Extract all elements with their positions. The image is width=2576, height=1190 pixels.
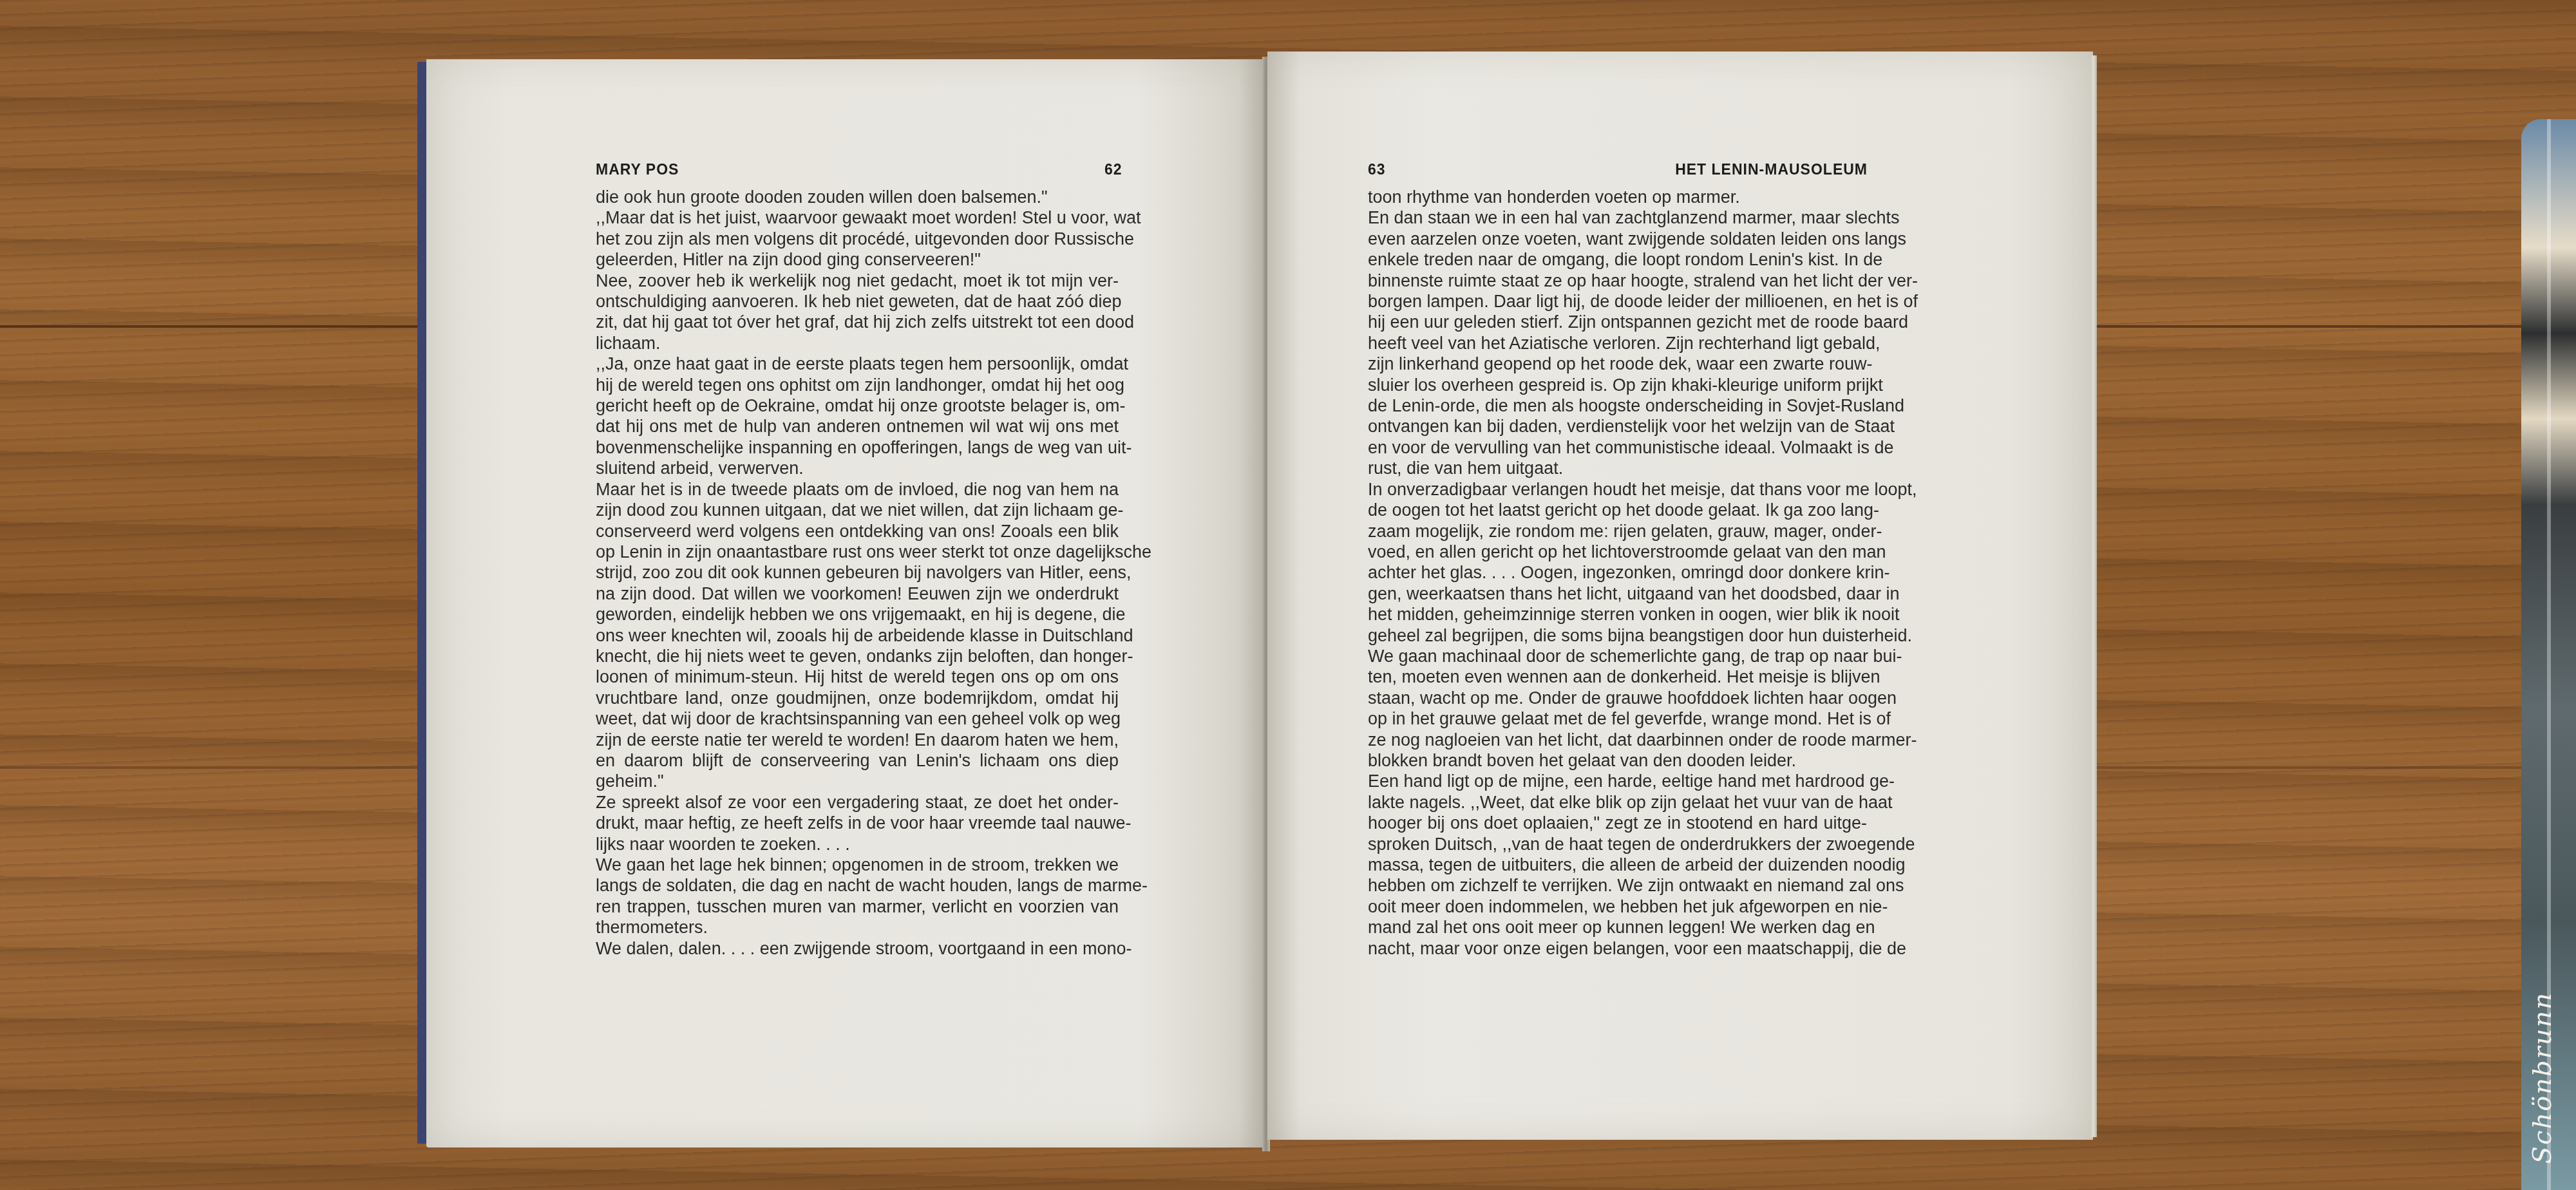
text-line: rust, die van hem uitgaat. [1368, 458, 1867, 478]
page-number-right: 63 [1368, 161, 1386, 178]
page-stack-edge [2090, 55, 2097, 1137]
text-line: We dalen, dalen. . . . een zwijgende str… [596, 938, 1119, 959]
left-page-text: die ook hun groote dooden zouden willen … [596, 187, 1119, 959]
text-line: die ook hun groote dooden zouden willen … [596, 187, 1119, 207]
text-line: thermometers. [596, 917, 1119, 938]
text-line: lichaam. [596, 333, 1119, 354]
text-line: ontschuldiging aanvoeren. Ik heb niet ge… [596, 291, 1119, 312]
text-line: conserveerd werd volgens een ontdekking … [596, 521, 1119, 542]
text-line: En dan staan we in een hal van zachtglan… [1368, 207, 1867, 228]
text-line: binnenste ruimte staat ze op haar hoogte… [1368, 270, 1867, 291]
text-line: geworden, eindelijk hebben we ons vrijge… [596, 604, 1119, 625]
running-head-left: MARY POS [596, 161, 679, 178]
text-line: zijn de eerste natie ter wereld te worde… [596, 730, 1119, 750]
text-line: vruchtbare land, onze goudmijnen, onze b… [596, 688, 1119, 708]
text-line: Nee, zoover heb ik werkelijk nog niet ge… [596, 270, 1119, 291]
text-line: hooger bij ons doet oplaaien," zegt ze i… [1368, 813, 1867, 833]
text-line: weet, dat wij door de krachtsinspanning … [596, 708, 1119, 729]
text-line: het midden, geheimzinnige sterren vonken… [1368, 604, 1867, 625]
text-line: de oogen tot het laatst gericht op het d… [1368, 500, 1867, 520]
text-line: lijks naar woorden te zoeken. . . . [596, 834, 1119, 855]
text-line: hij een uur geleden stierf. Zijn ontspan… [1368, 312, 1867, 332]
text-line: ren trappen, tusschen muren van marmer, … [596, 896, 1119, 917]
text-line: gen, weerkaatsen thans het licht, uitgaa… [1368, 583, 1867, 604]
right-page-text: toon rhythme van honderden voeten op mar… [1368, 187, 1867, 959]
page-number-left: 62 [1104, 161, 1122, 178]
text-line: even aarzelen onze voeten, want zwijgend… [1368, 229, 1867, 249]
running-head-right: HET LENIN-MAUSOLEUM [1675, 161, 1868, 178]
text-line: mand zal het ons ooit meer op kunnen leg… [1368, 917, 1867, 938]
text-line: en daarom blijft de conserveering van Le… [596, 750, 1119, 771]
text-line: zit, dat hij gaat tot óver het graf, dat… [596, 312, 1119, 332]
text-line: langs de soldaten, die dag en nacht de w… [596, 875, 1119, 896]
text-line: de Lenin-orde, die men als hoogste onder… [1368, 395, 1867, 416]
text-line: en voor de vervulling van het communisti… [1368, 437, 1867, 458]
text-line: bovenmenschelijke inspanning en opofferi… [596, 437, 1119, 458]
text-line: ze nog nagloeien van het licht, dat daar… [1368, 730, 1867, 750]
text-line: We gaan machinaal door de schemerlichte … [1368, 646, 1867, 666]
text-line: toon rhythme van honderden voeten op mar… [1368, 187, 1867, 207]
text-line: hebben om zichzelf te verrijken. We zijn… [1368, 875, 1867, 896]
text-line: We gaan het lage hek binnen; opgenomen i… [596, 855, 1119, 875]
text-line: geheim." [596, 771, 1119, 791]
text-line: borgen lampen. Daar ligt hij, de doode l… [1368, 291, 1867, 312]
text-line: blokken brandt boven het gelaat van den … [1368, 750, 1867, 771]
text-line: voed, en allen gericht op het lichtovers… [1368, 542, 1867, 562]
text-line: In onverzadigbaar verlangen houdt het me… [1368, 479, 1867, 500]
text-line: ,,Ja, onze haat gaat in de eerste plaats… [596, 354, 1119, 374]
text-line: ooit meer doen indommelen, we hebben het… [1368, 896, 1867, 917]
left-page: MARY POS 62 die ook hun groote dooden zo… [426, 59, 1264, 1147]
text-line: het zou zijn als men volgens dit procédé… [596, 229, 1119, 249]
text-line: zaam mogelijk, zie rondom me: rijen gela… [1368, 521, 1867, 542]
text-line: sproken Duitsch, ,,van de haat tegen de … [1368, 834, 1867, 855]
text-line: lakte nagels. ,,Weet, dat elke blik op z… [1368, 792, 1867, 813]
text-line: enkele treden naar de omgang, die loopt … [1368, 249, 1867, 270]
text-line: ten, moeten even wennen aan de donkerhei… [1368, 666, 1867, 687]
magazine-title: Schönbrunn [2528, 992, 2557, 1164]
text-line: heeft veel van het Aziatische verloren. … [1368, 333, 1867, 354]
text-line: loonen of minimum-steun. Hij hitst de we… [596, 666, 1119, 687]
right-page: 63 HET LENIN-MAUSOLEUM toon rhythme van … [1267, 52, 2093, 1140]
text-line: Ze spreekt alsof ze voor een vergadering… [596, 792, 1119, 813]
text-line: massa, tegen de uitbuiters, die alleen d… [1368, 855, 1867, 875]
text-line: strijd, zoo zou dit ook kunnen gebeuren … [596, 562, 1119, 583]
text-line: zijn linkerhand geopend op het roode dek… [1368, 354, 1867, 374]
text-line: knecht, die hij niets weet te geven, ond… [596, 646, 1119, 666]
text-line: staan, wacht op me. Onder de grauwe hoof… [1368, 688, 1867, 708]
text-line: achter het glas. . . . Oogen, ingezonken… [1368, 562, 1867, 583]
text-line: op Lenin in zijn onaantastbare rust ons … [596, 542, 1119, 562]
text-line: na zijn dood. Dat willen we voorkomen! E… [596, 583, 1119, 604]
text-line: ontvangen kan bij daden, verdienstelijk … [1368, 416, 1867, 437]
text-line: zijn dood zou kunnen uitgaan, dat we nie… [596, 500, 1119, 520]
text-line: sluier los overheen gespreid is. Op zijn… [1368, 375, 1867, 395]
text-line: sluitend arbeid, verwerven. [596, 458, 1119, 478]
text-line: Een hand ligt op de mijne, een harde, ee… [1368, 771, 1867, 791]
text-line: Maar het is in de tweede plaats om de in… [596, 479, 1119, 500]
text-line: op in het grauwe gelaat met de fel gever… [1368, 708, 1867, 729]
text-line: geleerden, Hitler na zijn dood ging cons… [596, 249, 1119, 270]
text-line: hij de wereld tegen ons ophitst om zijn … [596, 375, 1119, 395]
text-line: geheel zal begrijpen, die soms bijna bea… [1368, 625, 1867, 646]
text-line: ons weer knechten wil, zooals hij de arb… [596, 625, 1119, 646]
text-line: dat hij ons met de hulp van anderen ontn… [596, 416, 1119, 437]
text-line: ,,Maar dat is het juist, waarvoor gewaak… [596, 207, 1119, 228]
text-line: nacht, maar voor onze eigen belangen, vo… [1368, 938, 1867, 959]
text-line: drukt, maar heftig, ze heeft zelfs in de… [596, 813, 1119, 833]
text-line: gericht heeft op de Oekraine, omdat hij … [596, 395, 1119, 416]
